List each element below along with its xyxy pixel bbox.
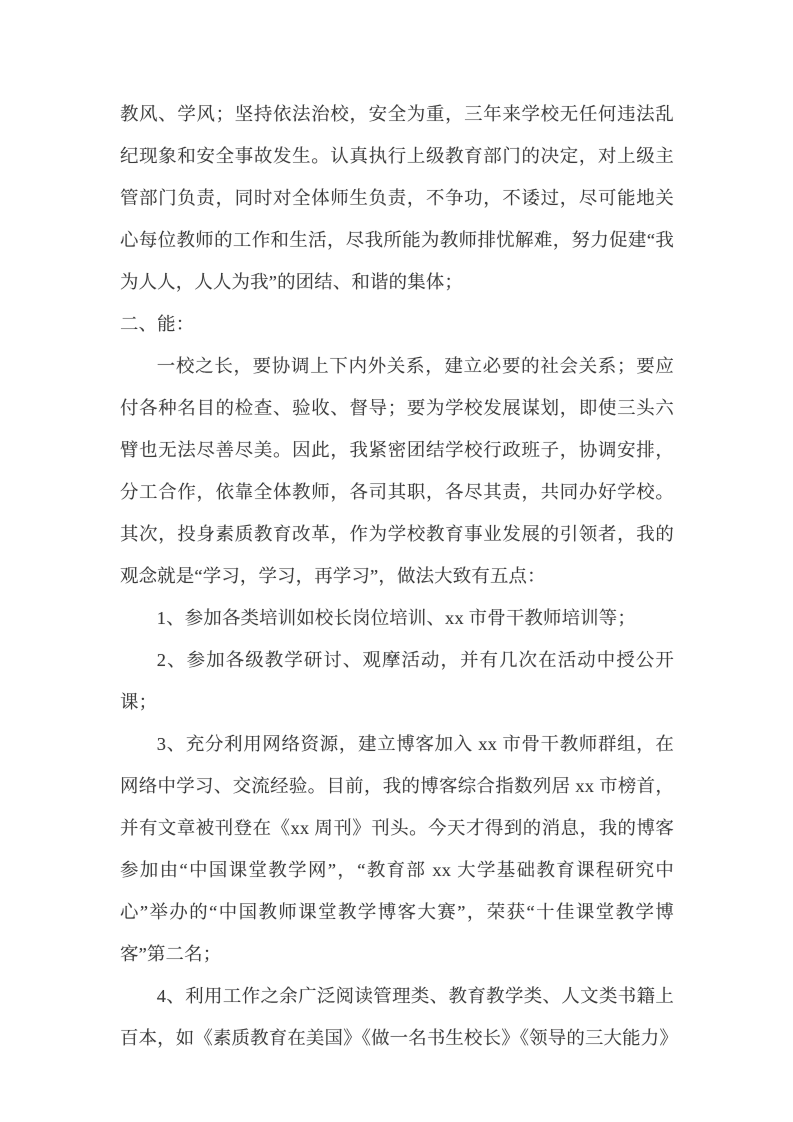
paragraph-continuation: 教风、学风；坚持依法治校，安全为重，三年来学校无任何违法乱纪现象和安全事故发生。… [120,93,674,303]
list-item-3: 3、充分利用网络资源，建立博客加入 xx 市骨干教师群组，在网络中学习、交流经验… [120,723,674,975]
paragraph-body: 一校之长，要协调上下内外关系，建立必要的社会关系；要应付各种名目的检查、验收、督… [120,345,674,597]
list-item-2: 2、参加各级教学研讨、观摩活动，并有几次在活动中授公开课； [120,639,674,723]
section-heading: 二、能： [120,303,674,345]
document-text-block: 教风、学风；坚持依法治校，安全为重，三年来学校无任何违法乱纪现象和安全事故发生。… [120,93,674,1059]
list-item-4: 4、利用工作之余广泛阅读管理类、教育教学类、人文类书籍上百本，如《素质教育在美国… [120,975,674,1059]
document-page: 教风、学风；坚持依法治校，安全为重，三年来学校无任何违法乱纪现象和安全事故发生。… [0,0,793,1122]
list-item-1: 1、参加各类培训如校长岗位培训、xx 市骨干教师培训等； [120,597,674,639]
